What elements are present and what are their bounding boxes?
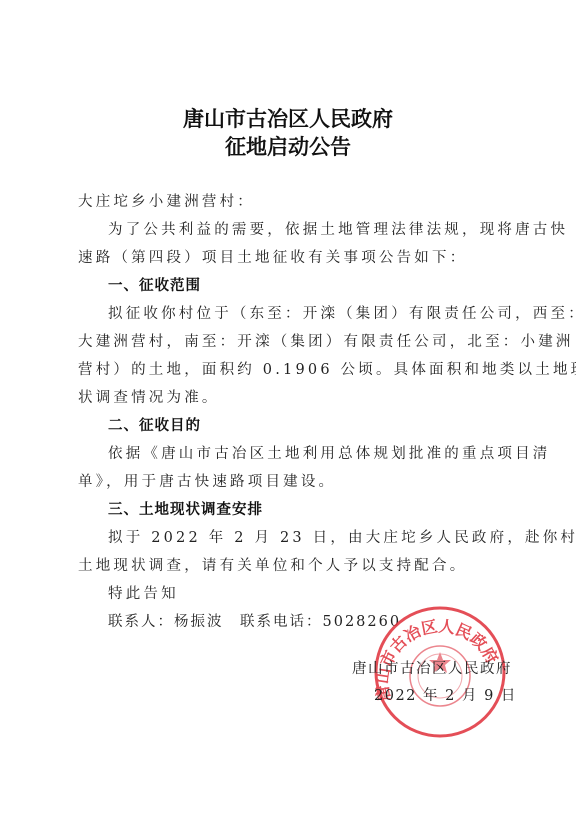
closing-text: 特此告知 <box>108 582 179 603</box>
section-heading-purpose: 二、征收目的 <box>108 414 201 435</box>
signature-date: 2022 年 2 月 9 日 <box>374 684 517 705</box>
section-heading-scope: 一、征收范围 <box>108 274 201 295</box>
scope-line-1: 拟征收你村位于（东至：开滦（集团）有限责任公司，西至： <box>108 302 576 323</box>
survey-line-2: 土地现状调查，请有关单位和个人予以支持配合。 <box>78 554 467 575</box>
section-heading-survey: 三、土地现状调查安排 <box>108 498 263 519</box>
intro-line-1: 为了公共利益的需要，依据土地管理法律法规，现将唐古快 <box>108 218 568 239</box>
signature-org: 唐山市古冶区人民政府 <box>352 657 512 678</box>
document-title-line1: 唐山市古冶区人民政府 <box>0 103 576 133</box>
intro-line-2: 速路（第四段）项目土地征收有关事项公告如下： <box>78 246 467 267</box>
scope-line-4: 状调查情况为准。 <box>78 386 220 407</box>
addressee: 大庄坨乡小建洲营村： <box>78 190 255 211</box>
scope-line-3: 营村）的土地，面积约 0.1906 公顷。具体面积和地类以土地现 <box>78 358 576 379</box>
scope-line-2: 大建洲营村，南至：开滦（集团）有限责任公司，北至：小建洲 <box>78 330 574 351</box>
document-title-line2: 征地启动公告 <box>0 131 576 161</box>
purpose-line-1: 依据《唐山市古冶区土地利用总体规划批准的重点项目清 <box>108 442 551 463</box>
survey-line-1: 拟于 2022 年 2 月 23 日，由大庄坨乡人民政府，赴你村开展 <box>108 526 576 547</box>
contact-info: 联系人：杨振波 联系电话：5028260 <box>108 610 401 631</box>
purpose-line-2: 单》，用于唐古快速路项目建设。 <box>78 470 336 491</box>
